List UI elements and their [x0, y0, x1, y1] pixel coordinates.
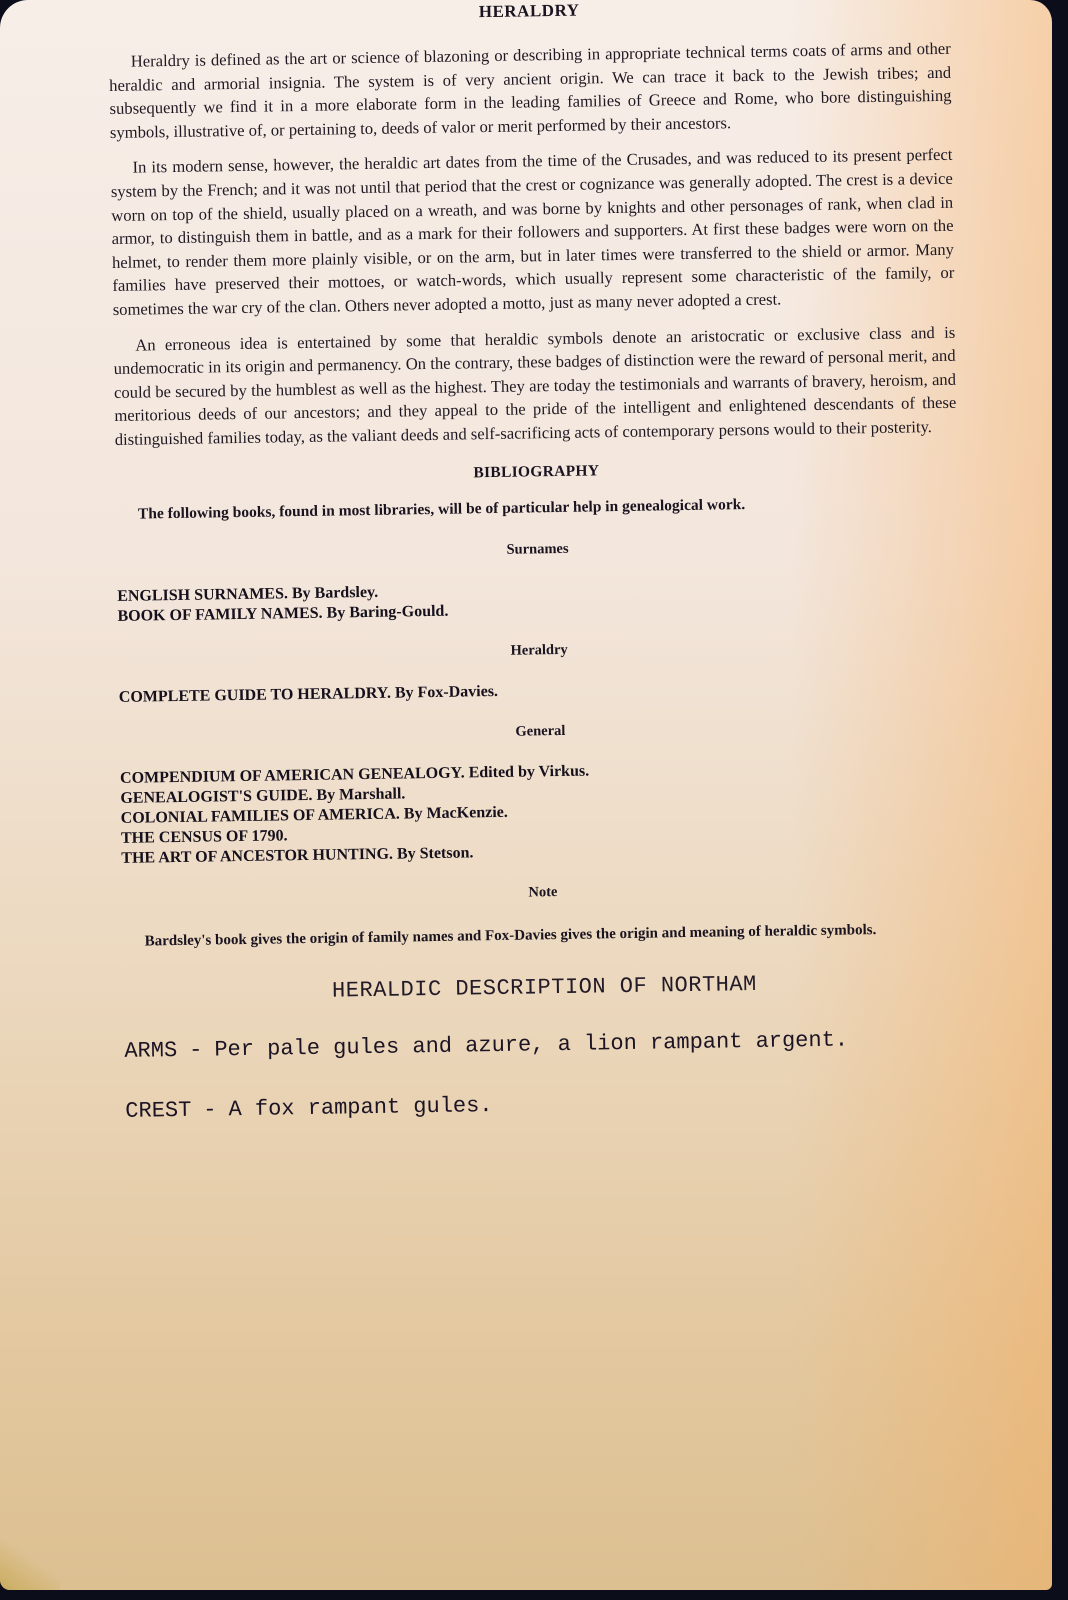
arms-label: ARMS [124, 1036, 177, 1067]
group-heading: General [119, 716, 961, 746]
bibliography-group-heraldry: Heraldry COMPLETE GUIDE TO HERALDRY. By … [118, 635, 961, 707]
crest-entry: CREST - A fox rampant gules. [125, 1083, 967, 1126]
bibliography-group-surnames: Surnames ENGLISH SURNAMES. By Bardsley. … [116, 534, 959, 626]
paragraph-definition: Heraldry is defined as the art or scienc… [109, 37, 952, 145]
crest-label: CREST [125, 1095, 191, 1126]
book-list: COMPENDIUM OF AMERICAN GENEALOGY. Edited… [120, 755, 963, 868]
note-text: Bardsley's book gives the origin of fami… [122, 916, 964, 953]
arms-value: Per pale gules and azure, a lion rampant… [214, 1025, 874, 1065]
document-page: HERALDRY Heraldry is defined as the art … [0, 0, 1052, 1590]
page-title: HERALDRY [108, 0, 950, 28]
bibliography-heading: BIBLIOGRAPHY [115, 456, 957, 487]
paragraph-erroneous-idea: An erroneous idea is entertained by some… [113, 320, 957, 451]
book-item: COMPLETE GUIDE TO HERALDRY. By Fox-Davie… [119, 674, 961, 707]
note-heading: Note [122, 877, 964, 907]
crest-value: A fox rampant gules. [228, 1084, 888, 1124]
paragraph-modern-sense: In its modern sense, however, the herald… [110, 143, 954, 321]
book-list: COMPLETE GUIDE TO HERALDRY. By Fox-Davie… [119, 674, 961, 707]
group-heading: Surnames [116, 534, 958, 564]
book-list: ENGLISH SURNAMES. By Bardsley. BOOK OF F… [117, 573, 960, 626]
entry-separator: - [203, 1095, 217, 1125]
bibliography-intro: The following books, found in most libra… [116, 488, 958, 527]
entry-separator: - [189, 1035, 203, 1065]
arms-entry: ARMS - Per pale gules and azure, a lion … [124, 1023, 966, 1066]
bibliography-group-general: General COMPENDIUM OF AMERICAN GENEALOGY… [119, 716, 963, 868]
heraldic-description-title: HERALDIC DESCRIPTION OF NORTHAM [123, 968, 965, 1006]
group-heading: Heraldry [118, 635, 960, 665]
page-content: HERALDRY Heraldry is defined as the art … [108, 0, 968, 1156]
